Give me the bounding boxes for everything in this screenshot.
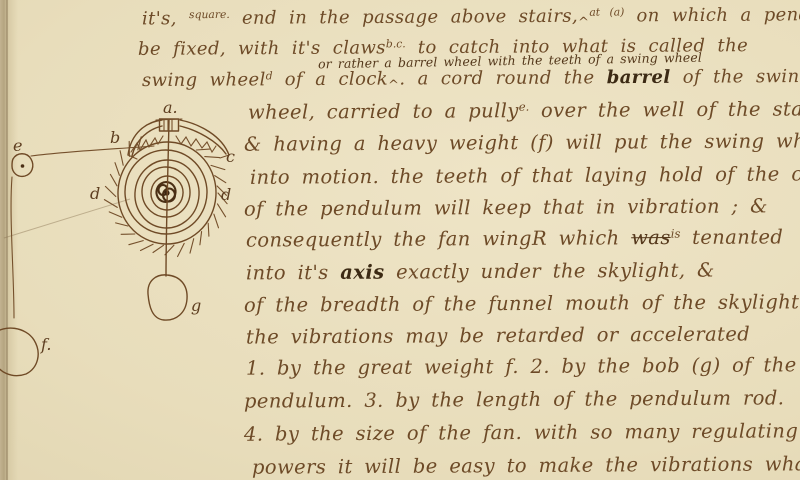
label-c: c xyxy=(226,147,235,166)
faint-cord-line xyxy=(4,199,130,238)
text-segment: exactly under the skylight, & xyxy=(384,259,714,284)
text-segment: of the breadth of the funnel mouth of th… xyxy=(244,290,800,316)
pendulum-bob xyxy=(148,275,187,320)
manuscript-line: the vibrations may be retarded or accele… xyxy=(246,322,750,348)
text-segment: into motion. the teeth of that laying ho… xyxy=(250,162,800,189)
manuscript-line: 1. by the great weight f. 2. by the bob … xyxy=(246,353,797,379)
label-g: g xyxy=(191,296,201,315)
text-segment: ^ xyxy=(388,78,399,93)
manuscript-line: of the pendulum will keep that in vibrat… xyxy=(244,194,768,220)
text-segment: into it's xyxy=(246,261,340,285)
text-segment: wheel, carried to a pully xyxy=(248,99,519,124)
text-segment: on which a pendulum is to xyxy=(624,4,800,27)
weight-circle xyxy=(0,328,38,376)
wheel-hub-scribble xyxy=(154,180,178,204)
manuscript-line: into it's axis exactly under the skyligh… xyxy=(246,259,715,285)
manuscript-line: wheel, carried to a pullye. over the wel… xyxy=(248,97,800,124)
text-segment: e. xyxy=(519,100,530,114)
text-segment: powers it will be easy to make the vibra… xyxy=(252,452,800,478)
text-segment: over the well of the stairs, xyxy=(529,97,800,122)
text-segment: of the pendulum will keep that in vibrat… xyxy=(244,194,768,220)
text-segment: consequently the fan wing xyxy=(246,227,532,252)
text-segment: ^ xyxy=(578,15,589,30)
text-segment: which xyxy=(547,226,631,250)
text-segment: it's, xyxy=(142,8,189,29)
text-segment: R xyxy=(532,227,547,250)
manuscript-line: pendulum. 3. by the length of the pendul… xyxy=(244,386,784,412)
label-e: e xyxy=(13,136,22,155)
text-segment: end in the passage above stairs, xyxy=(230,6,578,29)
manuscript-line: into motion. the teeth of that laying ho… xyxy=(250,162,800,189)
text-segment: 1. by the great weight f. 2. by the bob … xyxy=(246,353,797,379)
label-d-left: d xyxy=(90,184,100,203)
manuscript-line: consequently the fan wingR which wasis t… xyxy=(246,225,783,251)
text-segment: swing wheel xyxy=(142,69,266,91)
manuscript-line: 4. by the size of the fan. with so many … xyxy=(244,419,798,445)
text-segment: b.c. xyxy=(386,37,406,50)
label-a: a. xyxy=(163,98,178,117)
label-f: f. xyxy=(40,335,51,354)
text-segment: barrel xyxy=(607,67,671,88)
manuscript-line: powers it will be easy to make the vibra… xyxy=(252,452,800,478)
manuscript-page: it's, square. end in the passage above s… xyxy=(0,0,800,480)
claw-teeth-left xyxy=(131,136,163,152)
text-segment: of the swing xyxy=(671,66,800,88)
manuscript-line: it's, square. end in the passage above s… xyxy=(142,4,800,33)
label-d-right: d xyxy=(221,185,231,204)
text-segment: tenanted xyxy=(680,225,783,249)
pendulum-clock-diagram: a. b c d d e f. g xyxy=(0,95,245,405)
text-segment: 4. by the size of the fan. with so many … xyxy=(244,419,798,445)
manuscript-line: swing wheeld of a clock^. a cord round t… xyxy=(142,66,800,95)
text-segment: of a clock xyxy=(273,69,389,91)
label-b: b xyxy=(110,128,120,147)
manuscript-line: & having a heavy weight (f) will put the… xyxy=(244,129,800,156)
cord-vertical xyxy=(11,177,14,318)
text-segment: . a cord round the xyxy=(399,67,606,89)
text-segment: axis xyxy=(340,261,384,284)
pulley-axle-dot xyxy=(21,164,25,168)
text-segment: pendulum. 3. by the length of the pendul… xyxy=(244,386,784,412)
text-segment: & having a heavy weight (f) will put the… xyxy=(244,129,800,156)
text-segment: at (a) xyxy=(589,5,624,18)
text-segment: was xyxy=(631,226,671,249)
manuscript-line: of the breadth of the funnel mouth of th… xyxy=(244,290,800,316)
text-segment: the vibrations may be retarded or accele… xyxy=(246,322,750,348)
text-segment: square. xyxy=(189,8,230,21)
